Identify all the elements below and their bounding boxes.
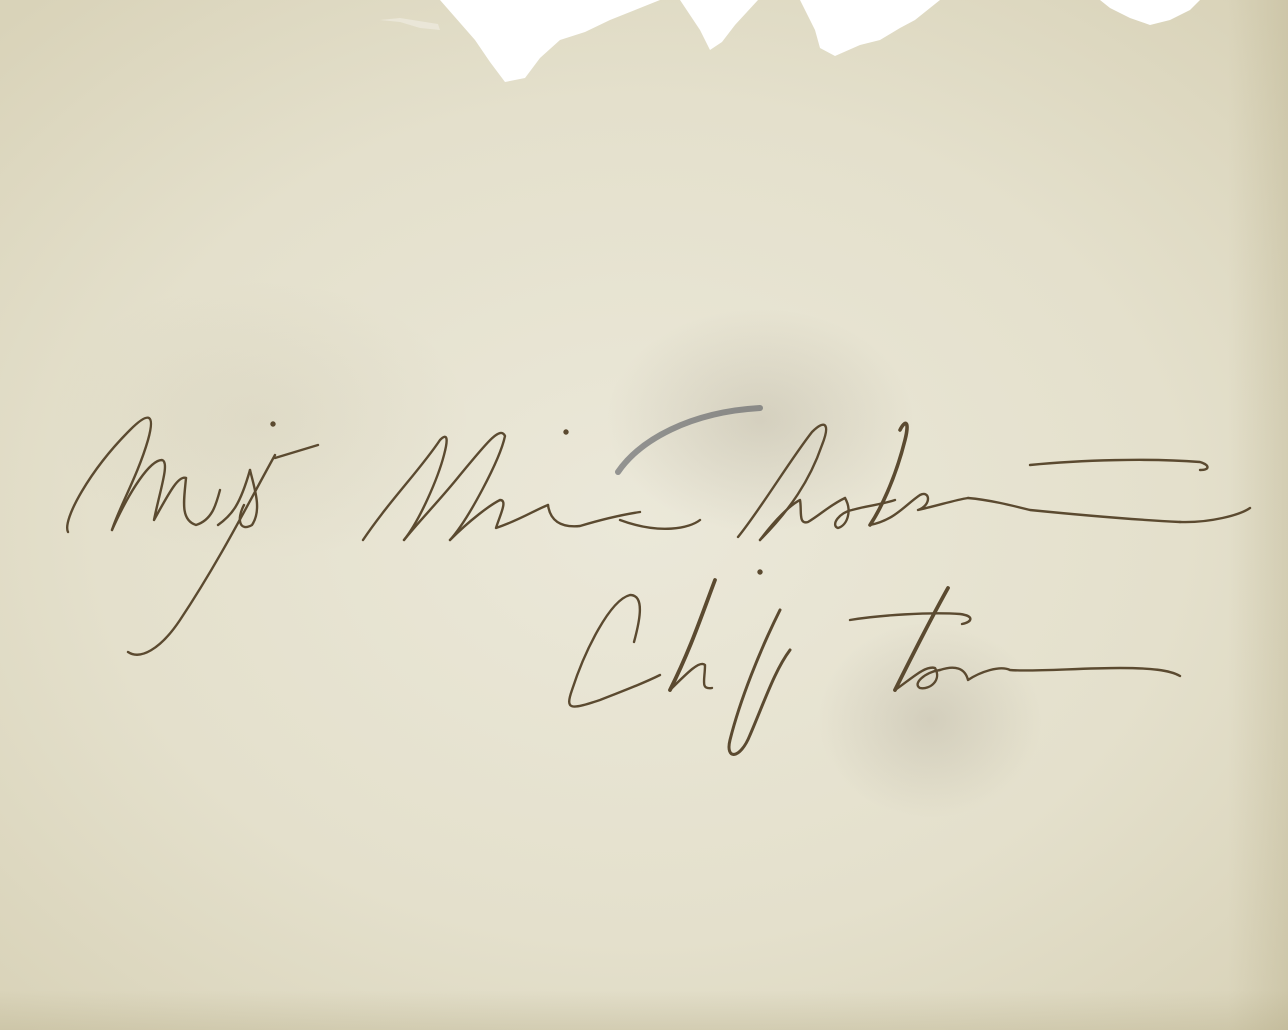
envelope-artwork — [0, 0, 1288, 1030]
pencil-mark — [618, 408, 760, 472]
torn-edge — [800, 0, 940, 56]
handwriting-line-2 — [569, 571, 1180, 755]
torn-edge — [640, 0, 758, 50]
torn-edge — [1100, 0, 1200, 25]
torn-edge-fold — [380, 18, 440, 30]
handwriting-line-1 — [67, 418, 1250, 655]
torn-edge — [440, 0, 660, 82]
